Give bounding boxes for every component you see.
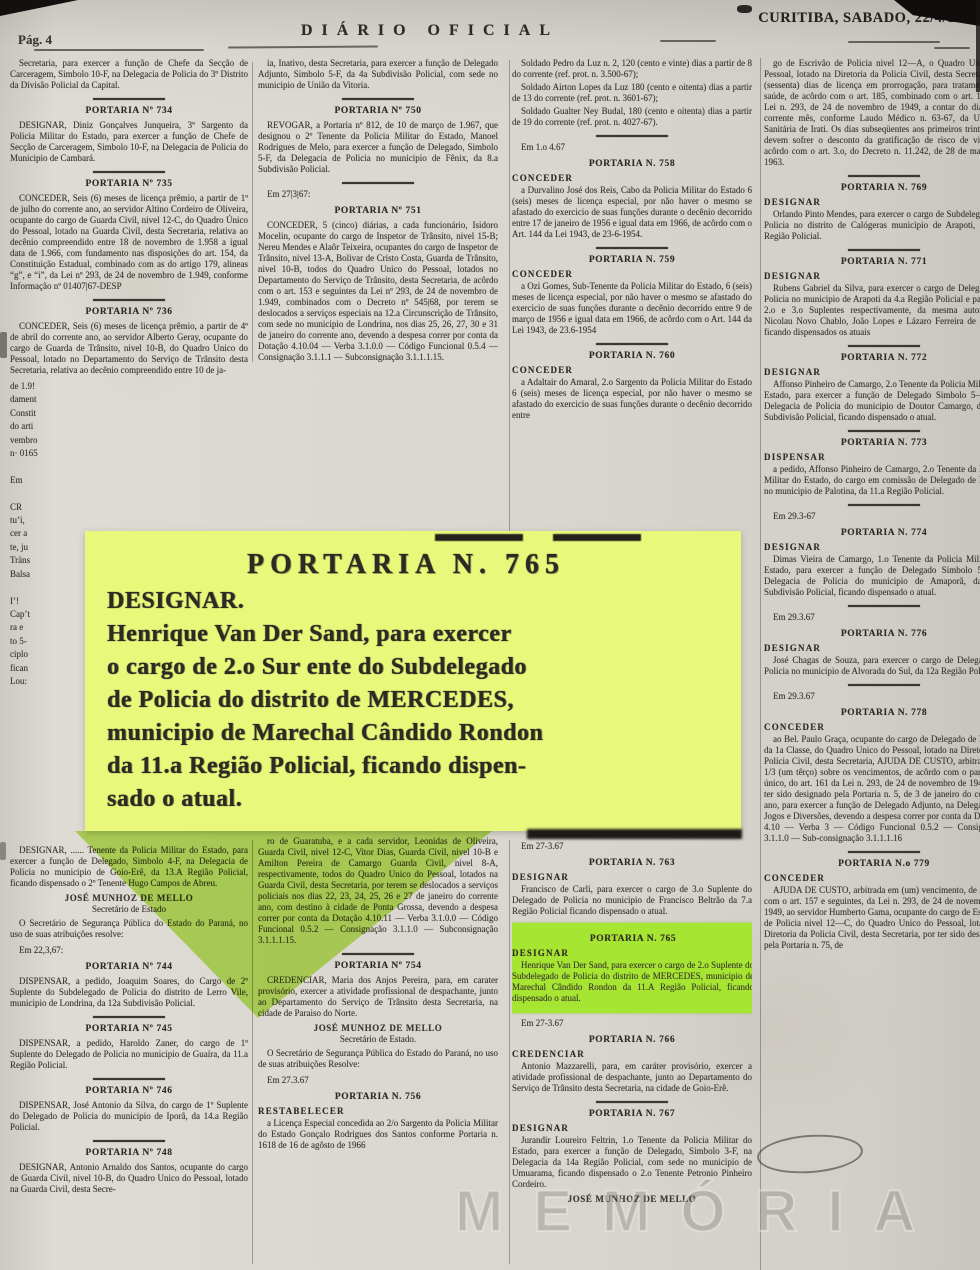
article-divider [848, 851, 920, 853]
portaria-heading: PORTARIA Nº 751 [258, 206, 498, 217]
body-paragraph: ia, Inativo, desta Secretaria, para exer… [258, 58, 498, 91]
article-divider [93, 98, 165, 100]
scan-edge-mark [0, 842, 6, 860]
action-word: CONCEDER [764, 873, 980, 884]
body-paragraph: Soldado Airton Lopes da Luz 180 (cento e… [512, 82, 752, 104]
callout-line: de Policia do distrito de MERCEDES, [107, 684, 725, 717]
column-2-top: ia, Inativo, desta Secretaria, para exer… [258, 58, 498, 534]
portaria-heading: PORTARIA N. 769 [764, 183, 980, 194]
scanned-newspaper-page: Pág. 4 DIÁRIO OFICIAL CURITIBA, SABADO, … [0, 0, 980, 1270]
portaria-heading: PORTARIA N. 772 [764, 353, 980, 364]
portaria-heading: PORTARIA N. 766 [512, 1035, 752, 1046]
action-word: CREDENCIAR [512, 1049, 752, 1060]
signature-title: Secretário de Estado [10, 904, 248, 915]
action-word: DESIGNAR [512, 948, 752, 959]
article-divider [848, 430, 920, 432]
article-divider [596, 135, 668, 137]
body-paragraph: José Chagas de Souza, para exercer o car… [764, 655, 980, 677]
portaria-heading: PORTARIA N. 765 [512, 934, 752, 945]
enlarged-excerpt-callout: PORTARIA N. 765 DESIGNAR.Henrique Van De… [85, 531, 741, 831]
body-paragraph: CONCEDER, Seis (6) meses de licença prêm… [10, 321, 248, 376]
body-paragraph: ro de Guaratuba, e a cada servidor, Leon… [258, 836, 498, 946]
callout-line: DESIGNAR. [107, 585, 725, 618]
header-rule [848, 41, 940, 43]
body-paragraph: a Durvalino José dos Reis, Cabo da Polic… [512, 185, 752, 240]
action-word: CONCEDER [764, 722, 980, 733]
callout-line: da 11.a Região Policial, ficando dispen- [107, 750, 725, 783]
body-paragraph: go de Escrivão de Policia nivel 12—A, o … [764, 58, 980, 168]
signature-title: Secretário de Estado. [258, 1034, 498, 1045]
body-paragraph: CONCEDER, 5 (cinco) diárias, a cada func… [258, 220, 498, 363]
body-paragraph: CREDENCIAR, Maria dos Anjos Pereira, par… [258, 975, 498, 1019]
callout-line: municipio de Marechal Cândido Rondon [107, 717, 725, 750]
portaria-heading: PORTARIA N. 756 [258, 1092, 498, 1103]
article-divider [342, 182, 414, 184]
body-paragraph: Soldado Gualter Ney Budal, 180 (cento e … [512, 106, 752, 128]
body-paragraph: O Secretário de Segurança Pública do Est… [10, 918, 248, 940]
article-divider [93, 171, 165, 173]
header-rule [934, 47, 970, 49]
body-paragraph: Orlando Pinto Mendes, para exercer o car… [764, 209, 980, 242]
portaria-heading: PORTARIA N. 763 [512, 858, 752, 869]
callout-title: PORTARIA N. 765 [107, 549, 705, 581]
portaria-heading: PORTARIA N. 759 [512, 255, 752, 266]
body-paragraph: Affonso Pinheiro de Camargo, 2.o Tenente… [764, 379, 980, 423]
portaria-heading: PORTARIA Nº 735 [10, 179, 248, 190]
date-line: Em 27|3|67: [258, 189, 498, 200]
portaria-heading: PORTARIA N. 776 [764, 629, 980, 640]
body-paragraph: DESIGNAR, ...... Tenente da Policia Mili… [10, 845, 248, 889]
signature-name: JOSÉ MUNHOZ DE MELLO [10, 893, 248, 904]
column-divider [252, 62, 253, 362]
header-rule [228, 45, 378, 48]
body-paragraph: Francisco de Carli, para exercer o cargo… [512, 884, 752, 917]
portaria-heading: PORTARIA Nº 736 [10, 307, 248, 318]
date-line: Em 27-3.67 [512, 1018, 752, 1029]
scan-corner-mark [0, 0, 78, 16]
date-line: Em 22,3,67: [10, 945, 248, 956]
action-word: CONCEDER [512, 173, 752, 184]
body-paragraph: CONCEDER, Seis (6) meses de licença prêm… [10, 193, 248, 292]
action-word: DESIGNAR [764, 271, 980, 282]
article-divider [848, 249, 920, 251]
date-line: Em 29.3.67 [764, 612, 980, 623]
body-paragraph: Soldado Pedro da Luz n. 2, 120 (cento e … [512, 58, 752, 80]
portaria-heading: PORTARIA N. 774 [764, 528, 980, 539]
body-paragraph: AJUDA DE CUSTO, arbitrada em (um) vencim… [764, 885, 980, 951]
callout-line: o cargo de 2.o Sur ente do Subdelegado [107, 651, 725, 684]
article-divider [596, 343, 668, 345]
article-divider [342, 98, 414, 100]
body-paragraph: Antonio Mazzarelli, para, em caráter pro… [512, 1061, 752, 1094]
article-divider [848, 345, 920, 347]
article-divider [93, 1016, 165, 1018]
column-divider [509, 60, 510, 532]
callout-bottom-rule [527, 829, 742, 839]
body-paragraph: a Ozi Gomes, Sub-Tenente da Policia Mili… [512, 281, 752, 336]
portaria-heading: PORTARIA Nº 754 [258, 961, 498, 972]
date-line: Em 29.3-67 [764, 511, 980, 522]
portaria-heading: PORTARIA Nº 745 [10, 1024, 248, 1035]
body-paragraph: Henrique Van Der Sand, para exercer o ca… [512, 960, 752, 1004]
body-paragraph: DISPENSAR, a pedido, Haroldo Zaner, do c… [10, 1038, 248, 1071]
action-word: DESIGNAR [764, 367, 980, 378]
action-word: DESIGNAR [512, 872, 752, 883]
callout-top-rule [435, 534, 650, 541]
date-line: Em 27.3.67 [258, 1075, 498, 1086]
header-rule [34, 49, 204, 51]
callout-line: sado o atual. [107, 783, 725, 816]
portaria-heading: PORTARIA N. 758 [512, 159, 752, 170]
masthead-title: DIÁRIO OFICIAL [0, 22, 860, 40]
date-line: Em 29.3.67 [764, 691, 980, 702]
action-word: DESIGNAR [512, 1123, 752, 1134]
portaria-heading: PORTARIA Nº 744 [10, 962, 248, 973]
body-paragraph: Rubens Gabriel da Silva, para exercer o … [764, 283, 980, 338]
body-paragraph: a pedido, Affonso Pinheiro de Camargo, 2… [764, 464, 980, 497]
action-word: CONCEDER [512, 269, 752, 280]
body-paragraph: REVOGAR, a Portaria nº 812, de 10 de mar… [258, 120, 498, 175]
portaria-heading: PORTARIA Nº 748 [10, 1148, 248, 1159]
action-word: DESIGNAR [764, 197, 980, 208]
column-divider [252, 840, 253, 1264]
portaria-heading: PORTARIA N. 773 [764, 438, 980, 449]
body-paragraph: DESIGNAR, Antonio Arnaldo dos Santos, oc… [10, 1162, 248, 1195]
article-divider [848, 605, 920, 607]
portaria-heading: PORTARIA Nº 746 [10, 1086, 248, 1097]
scan-ink-blob [737, 5, 752, 13]
column-3-top: Soldado Pedro da Luz n. 2, 120 (cento e … [512, 58, 752, 534]
body-paragraph: a Adaltair do Amaral, 2.o Sargento da Po… [512, 377, 752, 421]
portaria-heading: PORTARIA N. 767 [512, 1109, 752, 1120]
article-divider [342, 953, 414, 955]
callout-line: Henrique Van Der Sand, para exercer [107, 618, 725, 651]
date-line: Em 27-3.67 [512, 841, 752, 852]
body-paragraph: DISPENSAR, José Antonio da Silva, do car… [10, 1100, 248, 1133]
body-paragraph: DESIGNAR, Diniz Gonçalves Junqueira, 3º … [10, 120, 248, 164]
portaria-heading: PORTARIA N. 778 [764, 708, 980, 719]
action-word: RESTABELECER [258, 1106, 498, 1117]
signature-name: JOSÉ MUNHOZ DE MELLO [258, 1023, 498, 1034]
article-divider [93, 1140, 165, 1142]
article-divider [596, 247, 668, 249]
action-word: DISPENSAR [764, 452, 980, 463]
portaria-heading: PORTARIA N. 771 [764, 257, 980, 268]
body-paragraph: Secretaria, para exercer a função de Che… [10, 58, 248, 91]
article-divider [848, 504, 920, 506]
portaria-heading: PORTARIA Nº 734 [10, 106, 248, 117]
watermark: MEMÓRIA [455, 1178, 945, 1245]
article-divider [93, 299, 165, 301]
body-paragraph: O Secretário de Segurança Pública do Est… [258, 1048, 498, 1070]
portaria-heading: PORTARIA N.o 779 [764, 859, 980, 870]
header-rule [660, 40, 716, 42]
article-divider [93, 1078, 165, 1080]
article-divider [596, 1101, 668, 1103]
column-4: go de Escrivão de Policia nivel 12—A, o … [764, 58, 980, 1270]
portaria-heading: PORTARIA Nº 750 [258, 106, 498, 117]
column-divider [760, 58, 761, 1270]
column-1-bottom: DESIGNAR, ...... Tenente da Policia Mili… [10, 845, 248, 1270]
article-divider [848, 684, 920, 686]
scan-edge-mark [0, 332, 7, 358]
action-word: CONCEDER [512, 365, 752, 376]
article-divider [848, 175, 920, 177]
body-paragraph: Dimas Vieira de Camargo, 1.o Tenente da … [764, 554, 980, 598]
scan-edge-mark [976, 0, 980, 92]
action-word: DESIGNAR [764, 643, 980, 654]
date-line: Em 1.o 4.67 [512, 142, 752, 153]
body-paragraph: DISPENSAR, a pedido, Joaquim Soares, do … [10, 976, 248, 1009]
green-highlight-clipping: PORTARIA N. 765DESIGNARHenrique Van Der … [512, 923, 752, 1013]
action-word: DESIGNAR [764, 542, 980, 553]
body-paragraph: ao Bel. Paulo Graça, ocupante do cargo d… [764, 734, 980, 844]
body-paragraph: a Licença Especial concedida ao 2/o Sarg… [258, 1118, 498, 1151]
callout-body: DESIGNAR.Henrique Van Der Sand, para exe… [107, 585, 725, 816]
portaria-heading: PORTARIA N. 760 [512, 351, 752, 362]
